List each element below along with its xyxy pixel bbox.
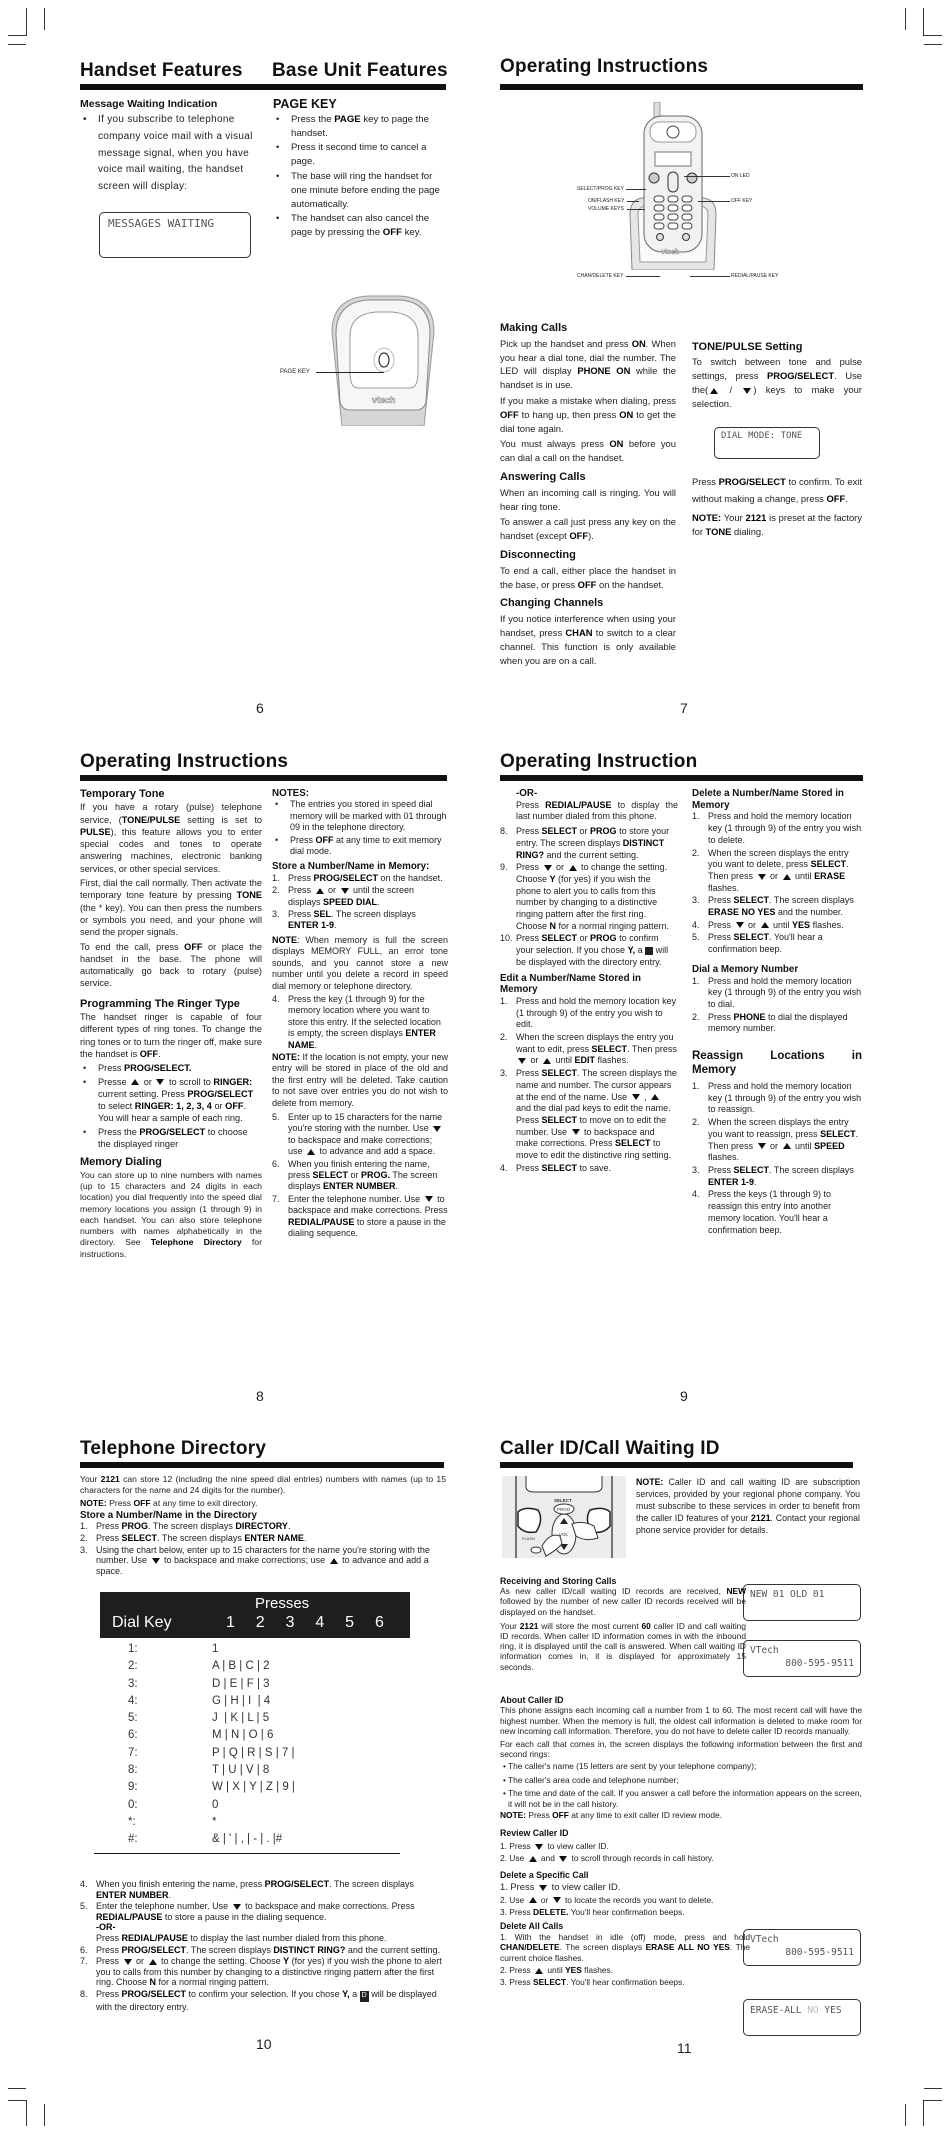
notes-bullet: Press OFF at any time to exit memory dia…: [272, 835, 448, 858]
down-arrow-icon: [535, 1844, 543, 1850]
page-number: 8: [256, 1388, 264, 1404]
store-step: 4.Press the key (1 through 9) for the me…: [272, 994, 448, 1051]
page-key-bullet: Press it second time to cancel a page.: [273, 141, 448, 169]
up-arrow-icon: [783, 1143, 791, 1149]
callout-line: [698, 201, 730, 202]
making-calls-text: If you make a mistake when dialing, pres…: [500, 394, 676, 435]
down-arrow-icon: [233, 1904, 241, 1910]
label-on-flash-key: ON/FLASH KEY: [588, 198, 624, 204]
page-key-bullet: Press the PAGE key to page the handset.: [273, 113, 448, 141]
page-title-operating-instructions: Operating Instructions: [80, 751, 288, 773]
heading-changing-channels: Changing Channels: [500, 597, 676, 611]
receiving-text: Your 2121 will store the most current 60…: [500, 1621, 746, 1672]
edit-step: 3.Press SELECT. The screen displays the …: [500, 1068, 678, 1162]
receiving-text: As new caller ID/call waiting ID records…: [500, 1586, 746, 1617]
crop-mark: [8, 2088, 26, 2089]
store-step: 6.When you finish entering the name, pre…: [272, 1159, 448, 1193]
svg-text:vtech: vtech: [661, 249, 679, 256]
lcd-delete-specific: VTech 800-595-9511: [743, 1929, 861, 1966]
crop-mark: [26, 2100, 27, 2126]
handset-keypad-closeup: SELECT PROG VOL FLASH: [502, 1476, 626, 1558]
delete-specific-step: 2. Use or to locate the records you want…: [500, 1895, 862, 1905]
crop-mark: [905, 8, 906, 30]
directory-step: 2.Press SELECT. The screen displays ENTE…: [80, 1533, 446, 1544]
page-number: 9: [680, 1388, 688, 1404]
store-step: 2.Press or until the screen displays SPE…: [272, 885, 448, 908]
title-rule: [500, 775, 863, 781]
lcd-caller-info: VTech 800-595-9511: [743, 1640, 861, 1677]
callout-line: [316, 372, 384, 373]
down-arrow-icon: [758, 1143, 766, 1149]
delete-all-step: 3. Press SELECT. You'll hear confirmatio…: [500, 1977, 862, 1987]
heading-edit-number: Edit a Number/Name Stored in Memory: [500, 973, 678, 996]
about-bullet: The caller's name (15 letters are sent b…: [500, 1761, 862, 1771]
ringer-bullet: Presse or to scroll to RINGER: current s…: [80, 1076, 262, 1125]
crop-mark: [924, 44, 942, 45]
chart-row: 6:M | N | O | 6: [100, 1729, 410, 1746]
page-number: 11: [677, 2040, 692, 2056]
handset-features-column: Message Waiting Indication If you subscr…: [80, 98, 260, 197]
heading-dial-memory: Dial a Memory Number: [692, 964, 862, 976]
lcd-dial-mode: DIAL MODE: TONE: [714, 427, 820, 459]
delete-step: 3.Press SELECT. The screen displays ERAS…: [692, 895, 862, 918]
page9-left-column: -OR- Press REDIAL/PAUSE to display the l…: [500, 788, 678, 1176]
up-arrow-icon: [543, 1058, 551, 1064]
down-arrow-icon: [553, 1897, 561, 1903]
up-arrow-icon: [131, 1079, 139, 1085]
heading-ringer-type: Programming The Ringer Type: [80, 998, 262, 1010]
heading-reassign: Reassign Locations in Memory: [692, 1049, 862, 1077]
crop-mark: [924, 2100, 942, 2101]
reassign-step: 3.Press SELECT. The screen displays ENTE…: [692, 1165, 862, 1188]
lcd-caller-number: 800-595-9511: [750, 1657, 854, 1670]
delete-step: 1.Press and hold the memory location key…: [692, 811, 862, 846]
callout-line: [684, 176, 730, 177]
heading-notes: NOTES:: [272, 788, 448, 799]
tone-pulse-text: To switch between tone and pulse setting…: [692, 355, 862, 411]
callout-line: [627, 209, 645, 210]
down-arrow-icon: [341, 888, 349, 894]
about-bullet: The time and date of the call. If you an…: [500, 1788, 862, 1809]
label-volume-keys: VOLUME KEYS: [588, 206, 624, 212]
dial-step: 1.Press and hold the memory location key…: [692, 976, 862, 1011]
page-number: 7: [680, 700, 688, 716]
delete-all-step: 1. With the handset in idle (off) mode, …: [500, 1932, 750, 1963]
directory-step: 7.Press or to change the setting. Choose…: [80, 1956, 446, 1988]
crop-mark: [924, 2088, 942, 2089]
heading-delete-specific: Delete a Specific Call: [500, 1870, 862, 1880]
crop-mark: [44, 8, 45, 30]
crop-mark: [8, 44, 26, 45]
down-arrow-icon: [743, 388, 751, 394]
chart-row: 5:J | K | L | 5: [100, 1712, 410, 1729]
ringer-bullet: Press the PROG/SELECT to choose the disp…: [80, 1126, 262, 1151]
down-arrow-icon: [559, 1856, 567, 1862]
directory-step: 6.Press PROG/SELECT. The screen displays…: [80, 1945, 446, 1956]
page-key-bullet: The handset can also cancel the page by …: [273, 212, 448, 240]
edit-step: 2.When the screen displays the entry you…: [500, 1032, 678, 1067]
base-unit-illustration: vtech: [328, 292, 438, 426]
heading-message-waiting: Message Waiting Indication: [80, 98, 260, 111]
up-arrow-icon: [651, 1094, 659, 1100]
heading-making-calls: Making Calls: [500, 322, 676, 336]
disconnecting-text: To end a call, either place the handset …: [500, 564, 676, 592]
base-unit-column: PAGE KEY Press the PAGE key to page the …: [273, 98, 448, 241]
store-step: 1.Press PROG/SELECT on the handset.: [272, 873, 448, 884]
delete-specific-step: 1. Press to view caller ID.: [500, 1882, 862, 1892]
directory-step: 1.Press PROG. The screen displays DIRECT…: [80, 1521, 446, 1532]
chart-row: 1:1: [100, 1643, 410, 1660]
answering-text: To answer a call just press any key on t…: [500, 515, 676, 543]
presses-label: Presses: [255, 1595, 309, 1612]
up-arrow-icon: [783, 874, 791, 880]
directory-step: 3.Using the chart below, enter up to 15 …: [80, 1545, 446, 1577]
up-arrow-icon: [761, 922, 769, 928]
store-step: 3.Press SEL. The screen displays ENTER 1…: [272, 909, 448, 932]
up-arrow-icon: [535, 1968, 543, 1974]
crop-mark: [26, 8, 27, 36]
review-step: 1. Press to view caller ID.: [500, 1841, 862, 1851]
store-step: 10.Press SELECT or PROG to confirm your …: [500, 933, 678, 968]
directory-intro-text: Your 2121 can store 12 (including the ni…: [80, 1474, 446, 1495]
directory-intro: Your 2121 can store 12 (including the ni…: [80, 1474, 446, 1577]
temp-tone-text: To end the call, press OFF or place the …: [80, 941, 262, 990]
store-note: NOTE: When memory is full the screen dis…: [272, 935, 448, 992]
delete-specific-step: 3. Press DELETE. You'll hear confirmatio…: [500, 1907, 862, 1917]
down-arrow-icon: [632, 1094, 640, 1100]
crop-mark: [923, 2100, 924, 2126]
about-text: For each call that comes in, the screen …: [500, 1739, 862, 1760]
edit-step: 1.Press and hold the memory location key…: [500, 996, 678, 1031]
down-arrow-icon: [736, 922, 744, 928]
temp-tone-text: If you have a rotary (pulse) telephone s…: [80, 801, 262, 875]
svg-text:FLASH: FLASH: [522, 1536, 535, 1541]
down-arrow-icon: [152, 1558, 160, 1564]
label-select-prog-key: SELECT/PROG KEY: [577, 186, 624, 192]
heading-store-in-memory: Store a Number/Name in Memory:: [272, 861, 448, 872]
svg-text:SELECT: SELECT: [554, 1498, 572, 1503]
reassign-step: 2.When the screen displays the entry you…: [692, 1117, 862, 1164]
up-arrow-icon: [529, 1856, 537, 1862]
store-step: 7.Enter the telephone number. Use to bac…: [272, 1194, 448, 1240]
caller-id-note: NOTE: Caller ID and call waiting ID are …: [636, 1476, 860, 1538]
chart-row: 4:G | H | I | 4: [100, 1695, 410, 1712]
down-arrow-icon: [544, 865, 552, 871]
page-key-label: PAGE KEY: [280, 369, 310, 375]
up-arrow-icon: [710, 388, 718, 394]
handset-in-base-illustration: vtech: [628, 102, 718, 270]
page-title-base-unit-features: Base Unit Features: [272, 60, 448, 82]
heading-tone-pulse: TONE/PULSE Setting: [692, 340, 862, 354]
title-rule: [80, 775, 447, 781]
memory-dialing-text: You can store up to nine numbers with na…: [80, 1170, 262, 1260]
receiving-section: Receiving and Storing Calls As new calle…: [500, 1576, 746, 1674]
directory-step: 8.Press PROG/SELECT to confirm your sele…: [80, 1989, 446, 2012]
directory-step: 5.Enter the telephone number. Use to bac…: [80, 1901, 446, 1943]
page9-right-column: Delete a Number/Name Stored in Memory 1.…: [692, 788, 862, 1237]
about-note: NOTE: Press OFF at any time to exit call…: [500, 1810, 862, 1820]
chart-row: 9:W | X | Y | Z | 9 |: [100, 1781, 410, 1798]
crop-mark: [8, 35, 26, 36]
page-key-bullet: The base will ring the handset for one m…: [273, 170, 448, 211]
down-arrow-icon: [425, 1196, 433, 1202]
distinct-ring-icon: D: [360, 1991, 369, 2002]
heading-delete-number: Delete a Number/Name Stored in Memory: [692, 788, 862, 811]
directory-steps-continued: 4.When you finish entering the name, pre…: [80, 1879, 446, 2013]
title-rule: [500, 84, 863, 90]
reassign-step: 4.Press the keys (1 through 9) to reassi…: [692, 1189, 862, 1236]
directory-step: 4.When you finish entering the name, pre…: [80, 1879, 446, 1900]
title-rule: [80, 84, 446, 90]
label-redial-pause-key: REDIAL/PAUSE KEY: [731, 273, 778, 279]
heading-page-key: PAGE KEY: [273, 98, 448, 112]
press-columns: 1 2 3 4 5 6: [226, 1614, 384, 1632]
temp-tone-text: First, dial the call normally. Then acti…: [80, 877, 262, 938]
up-arrow-icon: [529, 1897, 537, 1903]
delete-step: 5.Press SELECT. You'll hear a confirmati…: [692, 932, 862, 955]
up-arrow-icon: [307, 1149, 315, 1155]
notes-bullet: The entries you stored in speed dial mem…: [272, 799, 448, 833]
label-chan-delete-key: CHAN/DELETE KEY: [577, 273, 623, 279]
crop-mark: [923, 8, 924, 36]
chart-header: Presses Dial Key 1 2 3 4 5 6: [100, 1592, 410, 1638]
ringer-bullet: Press PROG/SELECT.: [80, 1062, 262, 1074]
down-arrow-icon: [758, 874, 766, 880]
store-step: 9.Press or to change the setting. Choose…: [500, 862, 678, 932]
page8-left-column: Temporary Tone If you have a rotary (pul…: [80, 788, 262, 1262]
answering-text: When an incoming call is ringing. You wi…: [500, 486, 676, 514]
heading-about-caller-id: About Caller ID: [500, 1695, 862, 1705]
down-arrow-icon: [572, 1129, 580, 1135]
down-arrow-icon: [124, 1959, 132, 1965]
store-note: NOTE: If the location is not empty, your…: [272, 1052, 448, 1109]
crop-mark: [924, 35, 942, 36]
tone-pulse-confirm: Press PROG/SELECT to confirm. To exit wi…: [692, 473, 862, 507]
chart-row: 7:P | Q | R | S | 7 |: [100, 1747, 410, 1764]
store-step: 5.Enter up to 15 characters for the name…: [272, 1112, 448, 1158]
page-number: 6: [256, 700, 264, 716]
store-step: 8.Press SELECT or PROG to store your ent…: [500, 826, 678, 861]
chart-row: 0:0: [100, 1799, 410, 1816]
up-arrow-icon: [149, 1959, 157, 1965]
callout-line: [626, 189, 646, 190]
callout-line: [627, 201, 639, 202]
label-off-key: OFF KEY: [731, 198, 752, 204]
flashing-choice: NO: [807, 2005, 818, 2016]
up-arrow-icon: [316, 888, 324, 894]
crop-mark: [8, 2100, 26, 2101]
dial-key-label: Dial Key: [112, 1614, 172, 1632]
up-arrow-icon: [330, 1558, 338, 1564]
down-arrow-icon: [539, 1885, 547, 1891]
heading-store-directory: Store a Number/Name in the Directory: [80, 1511, 446, 1522]
heading-disconnecting: Disconnecting: [500, 549, 676, 563]
or-text: Press REDIAL/PAUSE to display the last n…: [516, 800, 678, 823]
title-rule: [80, 1462, 444, 1468]
page-title-operating-instruction: Operating Instruction: [500, 751, 697, 773]
chart-row: 2:A | B | C | 2: [100, 1660, 410, 1677]
operating-left-column: Making Calls Pick up the handset and pre…: [500, 322, 676, 669]
heading-temporary-tone: Temporary Tone: [80, 788, 262, 800]
about-bullet: The caller's area code and telephone num…: [500, 1775, 862, 1785]
message-waiting-bullet: If you subscribe to telephone company vo…: [80, 112, 260, 196]
chart-bottom-rule: [94, 1853, 400, 1855]
label-on-led: ON LED: [731, 173, 750, 179]
chart-row: #:& | ' | , | - | . |#: [100, 1833, 410, 1850]
heading-review-caller-id: Review Caller ID: [500, 1828, 862, 1838]
page-title-handset-features: Handset Features: [80, 60, 243, 82]
heading-answering-calls: Answering Calls: [500, 471, 676, 485]
callout-line: [690, 276, 730, 277]
crop-mark: [44, 2104, 45, 2126]
lcd-erase-all: ERASE-ALL NO YES: [743, 1999, 861, 2036]
delete-step: 2.When the screen displays the entry you…: [692, 848, 862, 895]
crop-mark: [905, 2104, 906, 2126]
page-title-telephone-directory: Telephone Directory: [80, 1438, 266, 1460]
directory-note: NOTE: Press OFF at any time to exit dire…: [80, 1498, 446, 1509]
title-rule: [500, 1462, 853, 1468]
dial-key-chart: Presses Dial Key 1 2 3 4 5 6 1:1 2:A | B…: [100, 1592, 410, 1854]
down-arrow-icon: [156, 1079, 164, 1085]
review-step: 2. Use and to scroll through records in …: [500, 1853, 862, 1863]
about-text: This phone assigns each incoming call a …: [500, 1705, 862, 1736]
lcd-caller-name: VTech: [750, 1933, 854, 1946]
chart-row: 3:D | E | F | 3: [100, 1678, 410, 1695]
page-title-operating-instructions: Operating Instructions: [500, 56, 708, 78]
reassign-step: 1.Press and hold the memory location key…: [692, 1081, 862, 1116]
lcd-caller-name: VTech: [750, 1644, 854, 1657]
tone-pulse-note: NOTE: Your 2121 is preset at the factory…: [692, 511, 862, 539]
up-arrow-icon: [569, 865, 577, 871]
delete-step: 4.Press or until YES flashes.: [692, 920, 862, 932]
edit-step: 4.Press SELECT to save.: [500, 1163, 678, 1175]
making-calls-text: You must always press ON before you can …: [500, 437, 676, 465]
callout-line: [626, 276, 660, 277]
channels-text: If you notice interference when using yo…: [500, 612, 676, 667]
distinct-ring-icon: [645, 947, 653, 955]
svg-text:PROG: PROG: [557, 1507, 571, 1512]
lcd-caller-number: 800-595-9511: [750, 1946, 854, 1959]
or-separator: -OR-: [516, 788, 678, 800]
delete-all-step: 2. Press until YES flashes.: [500, 1965, 862, 1975]
dial-step: 2.Press PHONE to dial the displayed memo…: [692, 1012, 862, 1035]
making-calls-text: Pick up the handset and press ON. When y…: [500, 337, 676, 392]
lcd-messages-waiting: MESSAGES WAITING: [99, 212, 251, 258]
down-arrow-icon: [518, 1058, 526, 1064]
heading-receiving-storing: Receiving and Storing Calls: [500, 1576, 746, 1586]
page8-right-column: NOTES: The entries you stored in speed d…: [272, 788, 448, 1240]
ringer-text: The handset ringer is capable of four di…: [80, 1011, 262, 1060]
lcd-new-old: NEW 01 OLD 01: [743, 1584, 861, 1621]
down-arrow-icon: [433, 1126, 441, 1132]
page-title-caller-id: Caller ID/Call Waiting ID: [500, 1438, 720, 1460]
heading-memory-dialing: Memory Dialing: [80, 1156, 262, 1168]
page-number: 10: [256, 2036, 272, 2052]
svg-text:vtech: vtech: [372, 395, 396, 405]
chart-row: *:*: [100, 1816, 410, 1833]
chart-row: 8:T | U | V | 8: [100, 1764, 410, 1781]
